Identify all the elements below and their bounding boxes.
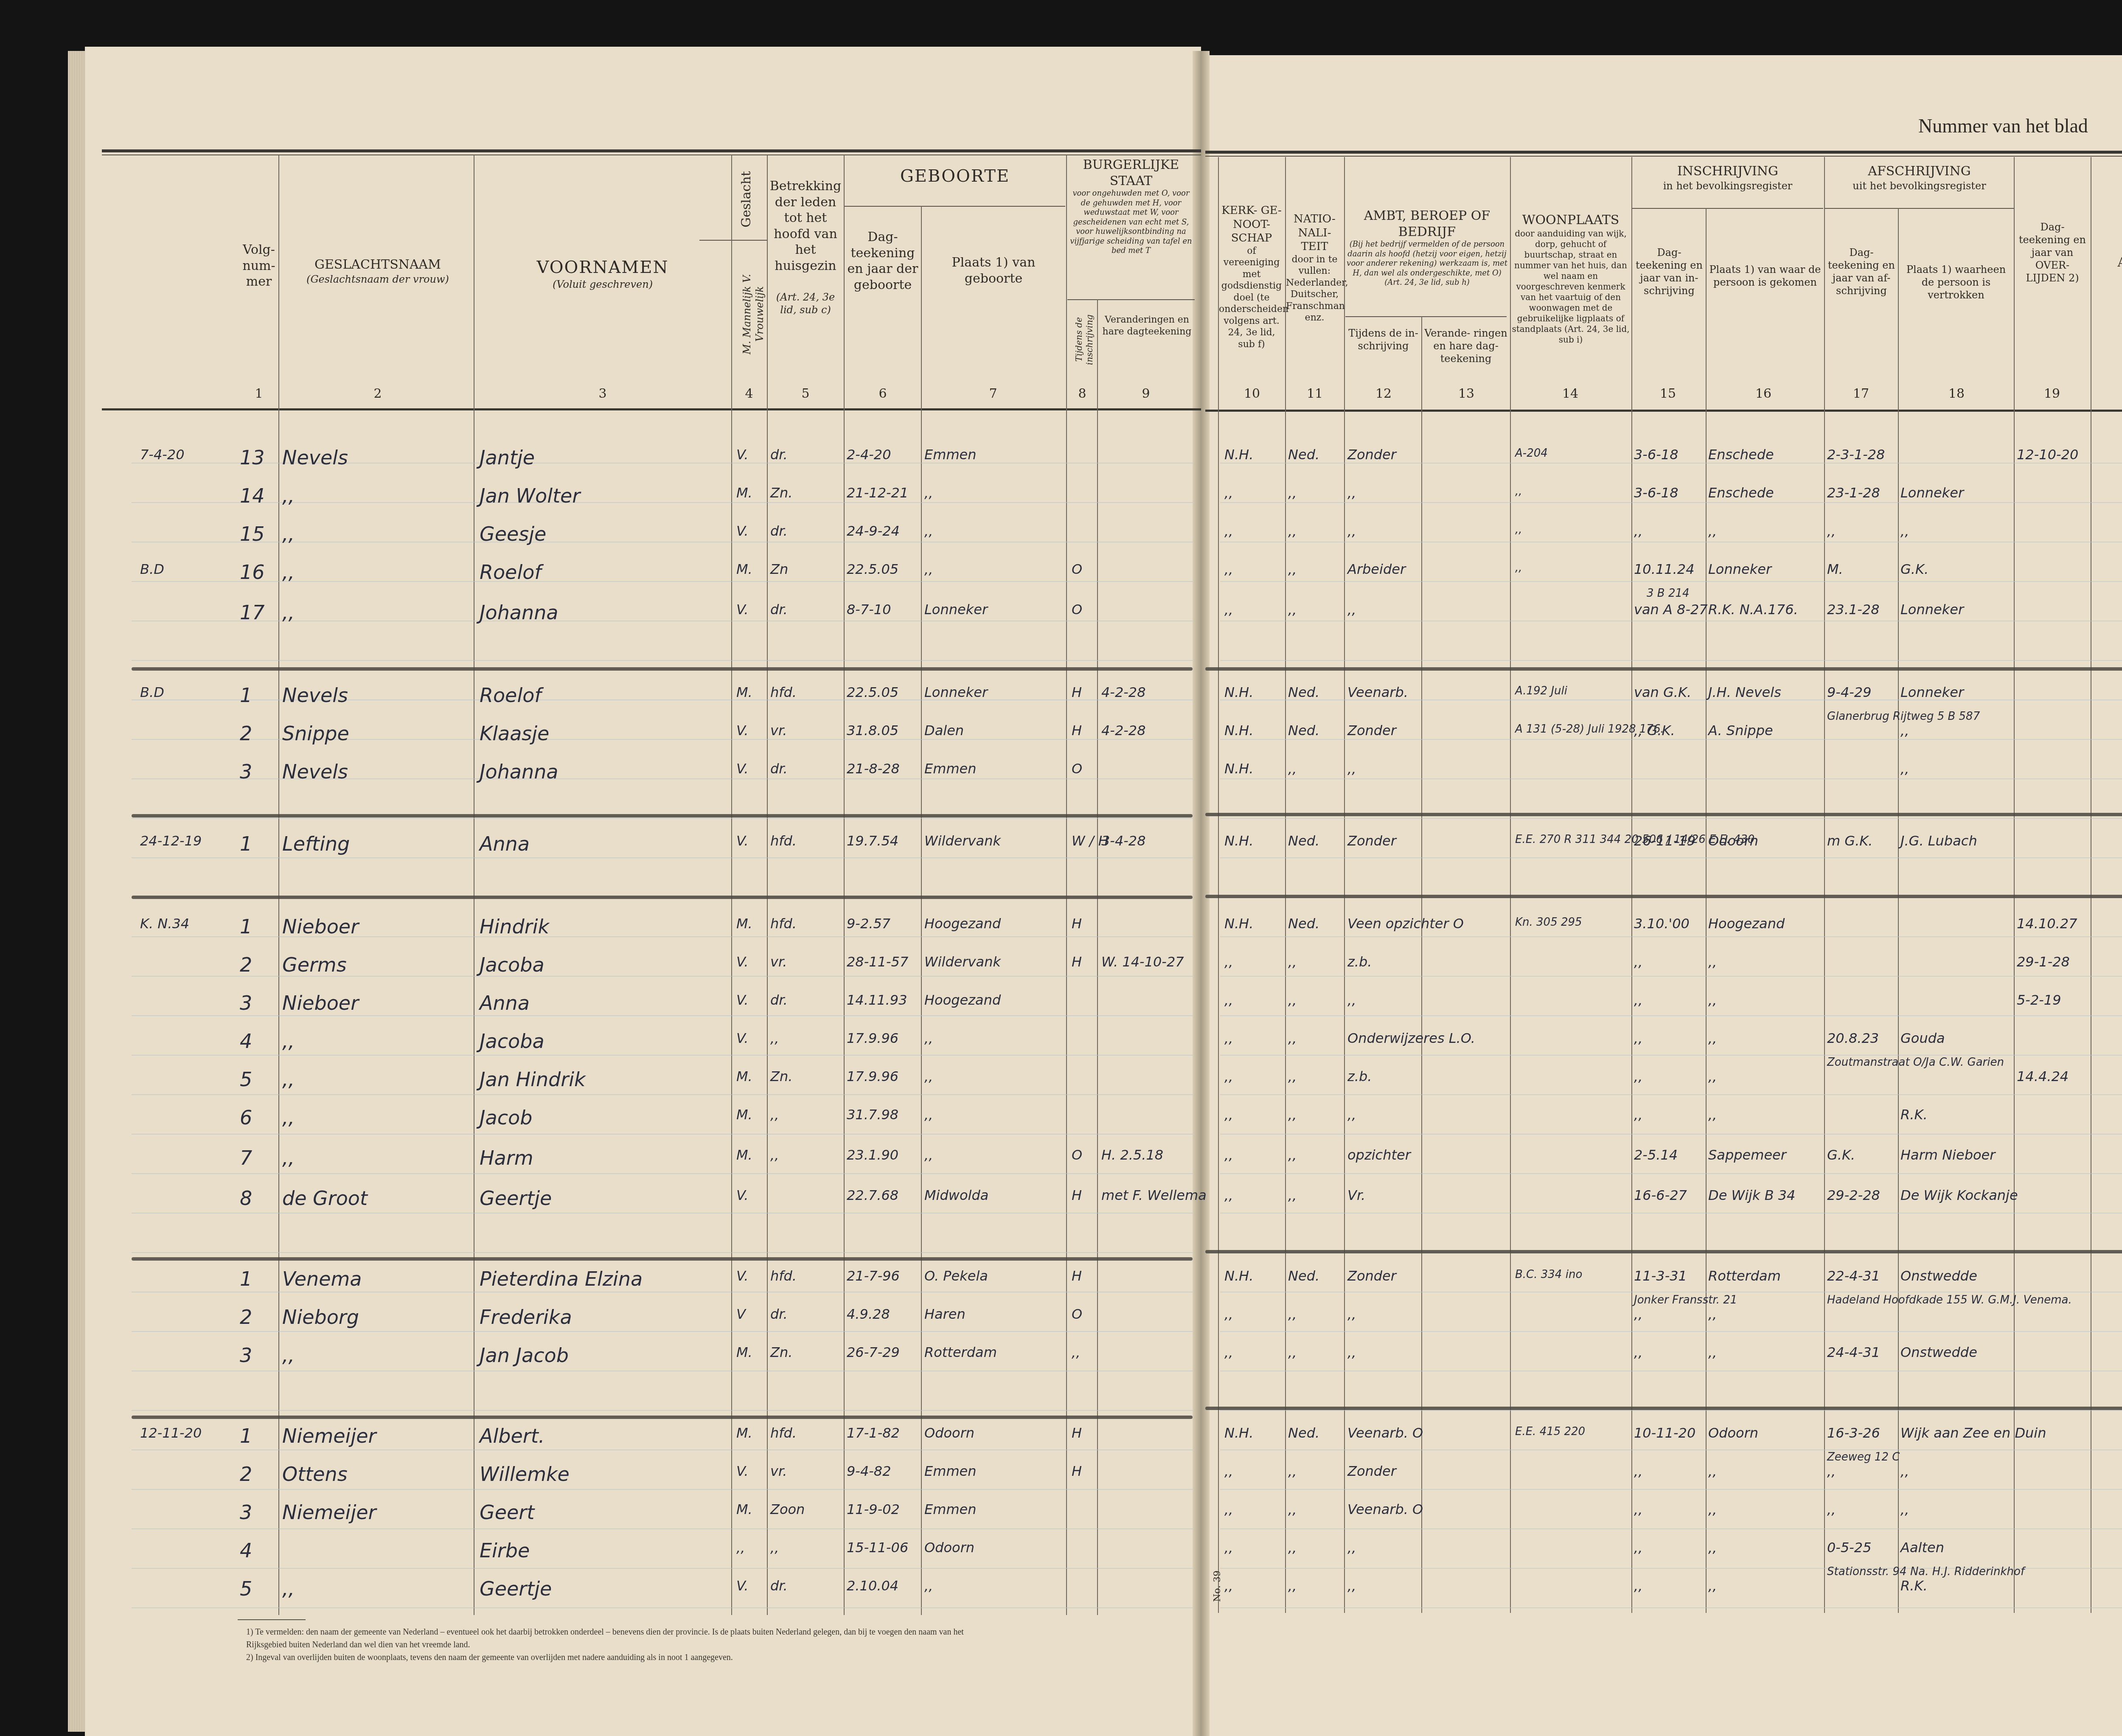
cell-rel: vr. — [770, 1464, 787, 1478]
cell-cs: H — [1072, 685, 1082, 699]
cell-out-date: 29-2-28 — [1827, 1188, 1880, 1202]
cell-given: Frederika — [480, 1307, 572, 1327]
cell-out-note: Glanerbrug Rijtweg 5 B 587 — [1827, 711, 1980, 722]
cell-sex: V. — [736, 834, 748, 848]
cell-given: Jan Wolter — [480, 486, 580, 506]
cell-cs: H — [1072, 917, 1082, 930]
cell-surname: Niemeijer — [282, 1426, 376, 1446]
cell-cs-change: 4-2-28 — [1101, 685, 1146, 699]
cell-out-date: 23-1-28 — [1827, 486, 1880, 500]
colnum: 6 — [870, 386, 895, 401]
household-separator — [132, 1257, 1193, 1261]
cell-surname: Nieboer — [282, 993, 359, 1013]
cell-in-from: ,, — [1708, 1307, 1717, 1321]
cell-out-date: ,, — [1827, 1464, 1836, 1478]
cell-nr: 17 — [240, 603, 265, 622]
cell-out-to: Lonneker — [1900, 603, 1964, 616]
cell-rel: Zn. — [770, 486, 792, 500]
cell-address: Kn. 305 295 — [1515, 917, 1582, 928]
cell-church: N.H. — [1224, 448, 1253, 461]
cell-in-from: Lonneker — [1708, 562, 1771, 576]
cell-in-date: van G.K. — [1634, 685, 1691, 699]
cell-given: Eirbe — [480, 1541, 530, 1560]
cell-in-from: ,, — [1708, 1108, 1717, 1121]
colnum: 17 — [1848, 386, 1874, 401]
cell-sex: M. — [736, 1503, 752, 1516]
ruled-line — [132, 818, 1193, 819]
header-col1: Volg- num- mer — [238, 242, 280, 290]
cell-out-date: ,, — [1827, 1503, 1836, 1516]
colnum: 13 — [1454, 386, 1479, 401]
cell-nat: ,, — [1288, 486, 1297, 500]
cell-church: ,, — [1224, 1108, 1233, 1121]
cell-surname: Nieborg — [282, 1307, 359, 1327]
cell-in-date: ,, — [1634, 1108, 1642, 1121]
ruled-line — [1220, 502, 2122, 503]
cell-bdate: 22.7.68 — [847, 1188, 898, 1202]
ruled-line — [132, 1213, 1193, 1214]
cell-occ: Zonder — [1347, 834, 1396, 848]
cell-bplace: Lonneker — [924, 603, 988, 616]
cell-nr: 2 — [240, 1307, 252, 1327]
ruled-line — [1220, 936, 2122, 937]
header-col4-sub: M. Mannelijk V. Vrouwelijk — [741, 250, 766, 378]
household-separator — [1205, 895, 2122, 898]
col-divider — [1631, 157, 1632, 1613]
cell-out-to: De Wijk Kockanje — [1900, 1188, 2018, 1202]
ruled-line — [132, 1607, 1193, 1608]
cell-in-date: ,, — [1634, 955, 1642, 969]
cell-nat: ,, — [1288, 1579, 1297, 1593]
cell-surname: Nevels — [282, 685, 348, 705]
cell-in-date: ,, — [1634, 1503, 1642, 1516]
cell-in-date: ,, — [1634, 1070, 1642, 1083]
cell-in-date: 2-5.14 — [1634, 1148, 1678, 1162]
col-divider — [2014, 157, 2015, 1613]
header-col5: Betrekking der leden tot het hoofd van h… — [769, 178, 842, 316]
cell-bdate: 14.11.93 — [847, 993, 907, 1007]
cell-church: ,, — [1224, 486, 1233, 500]
cell-given: Jan Jacob — [480, 1346, 569, 1365]
ruled-line — [132, 1173, 1193, 1174]
cell-given: Jacob — [480, 1108, 532, 1127]
cell-in-from: ,, — [1708, 993, 1717, 1007]
colnum: 5 — [793, 386, 818, 401]
cell-nat: Ned. — [1288, 685, 1319, 699]
cell-nr: 6 — [240, 1108, 252, 1127]
footnotes: 1) Te vermelden: den naam der gemeente v… — [246, 1626, 968, 1664]
cell-nat: ,, — [1288, 562, 1297, 576]
header-col17: Dag- teekening en jaar van af- schrijvin… — [1826, 246, 1897, 297]
cell-occ: Onderwijzeres L.O. — [1347, 1031, 1475, 1045]
footnote-2: 2) Ingeval van overlijden buiten de woon… — [246, 1651, 968, 1664]
cell-in-from: ,, — [1708, 524, 1717, 538]
household-separator — [1205, 1250, 2122, 1253]
cell-nr: 1 — [240, 834, 252, 854]
cell-in-from: ,, — [1708, 1031, 1717, 1045]
cell-nat: ,, — [1288, 762, 1297, 775]
cell-bplace: Dalen — [924, 724, 964, 737]
cell-out-to: ,, — [1900, 762, 1909, 775]
cell-in-from: ,, — [1708, 1579, 1717, 1593]
cell-bdate: 19.7.54 — [847, 834, 898, 848]
cell-rel: Zoon — [770, 1503, 805, 1516]
cell-bplace: Midwolda — [924, 1188, 988, 1202]
cell-occ: ,, — [1347, 762, 1356, 775]
cell-out-to: G.K. — [1900, 562, 1928, 576]
cell-in-from: Sappemeer — [1708, 1148, 1786, 1162]
cell-out-to: Lonneker — [1900, 685, 1964, 699]
cell-bplace: ,, — [924, 524, 933, 538]
header-col2: GESLACHTSNAAM(Geslachtsnaam der vrouw) — [282, 257, 473, 286]
cell-occ: Vr. — [1347, 1188, 1365, 1202]
cell-given: Harm — [480, 1148, 533, 1168]
cell-surname: Nevels — [282, 448, 348, 467]
cell-address: A-204 — [1515, 448, 1548, 459]
cell-occ: Veen opzichter O — [1347, 917, 1464, 930]
cell-out-date: 16-3-26 — [1827, 1426, 1880, 1440]
ruled-line — [1220, 1528, 2122, 1529]
header-top-rule-right — [1205, 151, 2122, 154]
cell-in-date: 16-6-27 — [1634, 1188, 1687, 1202]
cell-occ: Zonder — [1347, 1464, 1396, 1478]
cell-given: Geert — [480, 1503, 534, 1522]
ruled-line — [132, 1331, 1193, 1332]
cell-given: Klaasje — [480, 724, 549, 743]
cell-margin: K. N.34 — [140, 917, 189, 930]
cell-bdate: 22.5.05 — [847, 562, 898, 576]
cell-nat: ,, — [1288, 603, 1297, 616]
cell-church: ,, — [1224, 1148, 1233, 1162]
cell-sex: V. — [736, 724, 748, 737]
cell-bplace: ,, — [924, 1070, 933, 1083]
cell-nat: ,, — [1288, 1148, 1297, 1162]
cell-occ: ,, — [1347, 603, 1356, 616]
cell-church: N.H. — [1224, 724, 1253, 737]
header-top-rule-left-thin — [102, 154, 1201, 155]
cell-cs: O — [1072, 762, 1082, 775]
cell-sex: V. — [736, 603, 748, 616]
cell-church: ,, — [1224, 1464, 1233, 1478]
cell-rel: dr. — [770, 993, 788, 1007]
cell-out-to: Lonneker — [1900, 486, 1964, 500]
cell-out-date: 9-4-29 — [1827, 685, 1872, 699]
cell-bdate: 23.1.90 — [847, 1148, 898, 1162]
cell-bdate: 9-2.57 — [847, 917, 890, 930]
cell-given: Hindrik — [480, 917, 549, 936]
cell-cs: O — [1072, 1148, 1082, 1162]
cell-bdate: 31.7.98 — [847, 1108, 898, 1121]
cell-bdate: 28-11-57 — [847, 955, 908, 969]
ruled-line — [1220, 1015, 2122, 1016]
cell-rel: ,, — [770, 1031, 779, 1045]
cell-out-date: ,, — [1827, 524, 1836, 538]
cell-rel: hfd. — [770, 1269, 797, 1283]
cell-church: ,, — [1224, 1579, 1233, 1593]
cell-death: 29-1-28 — [2017, 955, 2070, 969]
cell-bdate: 17.9.96 — [847, 1031, 898, 1045]
margin-stamp: No. 39 — [1212, 1570, 1224, 1602]
cell-surname: ,, — [282, 1346, 295, 1365]
cell-in-date: 3-6-18 — [1634, 486, 1679, 500]
cell-death: 14.10.27 — [2017, 917, 2077, 930]
col-divider — [921, 206, 922, 1615]
cell-given: Albert. — [480, 1426, 545, 1446]
ruled-line — [132, 1094, 1193, 1095]
cell-bplace: ,, — [924, 1579, 933, 1593]
cell-in-from: Odoorn — [1708, 1426, 1758, 1440]
cell-bplace: Odoorn — [924, 1541, 974, 1554]
cell-sex: V. — [736, 1188, 748, 1202]
cell-bplace: Emmen — [924, 1503, 977, 1516]
colnum: 8 — [1069, 386, 1095, 401]
ruled-line — [132, 1568, 1193, 1569]
cell-sex: M. — [736, 562, 752, 576]
cell-bdate: 31.8.05 — [847, 724, 898, 737]
cell-nat: ,, — [1288, 1307, 1297, 1321]
cell-cs: O — [1072, 562, 1082, 576]
cell-bdate: 17.9.96 — [847, 1070, 898, 1083]
cell-out-to: ,, — [1900, 1464, 1909, 1478]
household-separator — [1205, 667, 2122, 671]
book-spine — [1193, 51, 1210, 1736]
ruled-line — [132, 660, 1193, 661]
header-col19: Dag- teekening en jaar van OVER- LIJDEN … — [2015, 221, 2090, 284]
cell-nr: 1 — [240, 1426, 252, 1446]
cell-out-to: Gouda — [1900, 1031, 1945, 1045]
cell-church: N.H. — [1224, 1269, 1253, 1283]
cell-occ: ,, — [1347, 1579, 1356, 1593]
cell-church: N.H. — [1224, 1426, 1253, 1440]
cell-bplace: Wildervank — [924, 834, 1001, 848]
cell-bplace: Hoogezand — [924, 917, 1001, 930]
ambt-subrule — [1345, 316, 1507, 317]
cell-cs-change: 4-2-28 — [1101, 724, 1146, 737]
cell-bplace: ,, — [924, 1031, 933, 1045]
ruled-line — [1220, 1449, 2122, 1450]
cell-in-date: 11-3-31 — [1634, 1269, 1687, 1283]
cell-nr: 14 — [240, 486, 265, 506]
cell-surname: ,, — [282, 1148, 295, 1168]
header-col11: NATIO- NALI- TEITdoor in te vullen: Nede… — [1286, 212, 1343, 324]
cell-out-to: ,, — [1900, 724, 1909, 737]
cell-rel: dr. — [770, 1307, 788, 1321]
colnum: 18 — [1944, 386, 1969, 401]
header-top-rule-right-thin — [1205, 156, 2122, 157]
cell-bdate: 26-7-29 — [847, 1346, 900, 1359]
cell-rel: vr. — [770, 724, 787, 737]
cell-rel: dr. — [770, 1579, 788, 1593]
cell-occ: ,, — [1347, 1307, 1356, 1321]
cell-sex: V. — [736, 1464, 748, 1478]
cell-out-date: M. — [1827, 562, 1843, 576]
cell-out-to: Harm Nieboer — [1900, 1148, 1995, 1162]
cell-surname: Germs — [282, 955, 347, 975]
cell-bdate: 15-11-06 — [847, 1541, 908, 1554]
household-separator — [132, 814, 1193, 817]
cell-in-from: R.K. N.A.176. — [1708, 603, 1798, 616]
cell-bdate: 4.9.28 — [847, 1307, 890, 1321]
cell-surname: ,, — [282, 486, 295, 506]
cell-rel: vr. — [770, 955, 787, 969]
col-divider — [1421, 316, 1422, 1613]
cell-in-date: 26-11-19 — [1634, 834, 1695, 848]
ruled-line — [1220, 778, 2122, 779]
cell-nat: Ned. — [1288, 724, 1319, 737]
cell-given: Roelof — [480, 685, 542, 705]
cell-death: 12-10-20 — [2017, 448, 2078, 461]
cell-sex: M. — [736, 1108, 752, 1121]
cell-in-from: De Wijk B 34 — [1708, 1188, 1795, 1202]
ruled-line — [132, 1489, 1193, 1490]
ruled-line — [1220, 581, 2122, 582]
geboorte-subrule — [845, 206, 1065, 207]
ruled-line — [132, 1410, 1193, 1411]
col-divider — [2091, 157, 2091, 1613]
cell-bdate: 11-9-02 — [847, 1503, 900, 1516]
cell-out-note: Zoutmanstraat O/Ja C.W. Garien — [1827, 1057, 2004, 1068]
cell-out-date: 24-4-31 — [1827, 1346, 1880, 1359]
cell-nat: ,, — [1288, 1070, 1297, 1083]
cell-bplace: Wildervank — [924, 955, 1001, 969]
cell-out-date: m G.K. — [1827, 834, 1872, 848]
cell-in-from: A. Snippe — [1708, 724, 1773, 737]
cell-cs: H — [1072, 1464, 1082, 1478]
header-col20: AAN- MERKINGEN(Art. 24, 5e lid) — [2092, 255, 2122, 284]
cell-given: Geesje — [480, 524, 546, 544]
cell-in-note: Jonker Fransstr. 21 — [1634, 1295, 1737, 1306]
cell-sex: ,, — [736, 1541, 745, 1554]
cell-rel: Zn — [770, 562, 788, 576]
cell-address: B.C. 334 ino — [1515, 1269, 1582, 1280]
cell-church: ,, — [1224, 524, 1233, 538]
cell-nat: ,, — [1288, 524, 1297, 538]
cell-occ: Arbeider — [1347, 562, 1406, 576]
cell-rel: dr. — [770, 448, 788, 461]
cell-sex: M. — [736, 1070, 752, 1083]
cell-in-from: J.H. Nevels — [1708, 685, 1781, 699]
cell-surname: Niemeijer — [282, 1503, 376, 1522]
cell-out-to: R.K. — [1900, 1579, 1928, 1593]
cell-rel: hfd. — [770, 685, 797, 699]
cell-bdate: 2.10.04 — [847, 1579, 898, 1593]
ruled-line — [1220, 818, 2122, 819]
header-col13: Verande- ringen en hare dag- teekening — [1423, 327, 1509, 365]
afschrijving-subrule — [1825, 208, 2014, 209]
geslacht-subrule — [699, 240, 767, 241]
cell-occ: ,, — [1347, 1108, 1356, 1121]
ruled-line — [1220, 739, 2122, 740]
header-col6: Dag- teekening en jaar der geboorte — [845, 229, 920, 293]
cell-bdate: 9-4-82 — [847, 1464, 891, 1478]
ruled-line — [132, 1015, 1193, 1016]
ruled-line — [132, 1055, 1193, 1056]
cell-church: N.H. — [1224, 917, 1253, 930]
cell-death: 14.4.24 — [2017, 1070, 2069, 1083]
cell-margin: B.D — [140, 562, 164, 576]
cell-sex: M. — [736, 917, 752, 930]
cell-bdate: 2-4-20 — [847, 448, 891, 461]
header-col14: WOONPLAATSdoor aanduiding van wijk, dorp… — [1511, 212, 1631, 345]
cell-rel: ,, — [770, 1108, 779, 1121]
cell-given: Jacoba — [480, 1031, 545, 1051]
cell-occ: Zonder — [1347, 724, 1396, 737]
cell-nat: Ned. — [1288, 1426, 1319, 1440]
ruled-line — [1220, 1292, 2122, 1292]
cell-out-to: J.G. Lubach — [1900, 834, 1977, 848]
col-divider — [1706, 208, 1707, 1613]
cell-nat: ,, — [1288, 1031, 1297, 1045]
col-divider — [1344, 157, 1345, 1613]
cell-given: Jacoba — [480, 955, 545, 975]
cell-in-from: ,, — [1708, 955, 1717, 969]
cell-in-from: Odoorn — [1708, 834, 1758, 848]
cell-rel: ,, — [770, 1148, 779, 1162]
header-afschrijving: AFSCHRIJVINGuit het bevolkingsregister — [1825, 163, 2014, 192]
cell-bdate: 21-12-21 — [847, 486, 908, 500]
cell-out-date: 0-5-25 — [1827, 1541, 1872, 1554]
header-geboorte: GEBOORTE — [845, 166, 1065, 187]
colnum: 7 — [980, 386, 1006, 401]
cell-address: ,, — [1515, 486, 1522, 497]
cell-in-date: ,, — [1634, 1579, 1642, 1593]
cell-nr: 2 — [240, 724, 252, 743]
cell-cs-change: met F. Wellema — [1101, 1188, 1207, 1202]
header-col18: Plaats 1) waarheen de persoon is vertrok… — [1899, 263, 2013, 301]
colnum: 12 — [1371, 386, 1396, 401]
header-inschrijving: INSCHRIJVINGin het bevolkingsregister — [1632, 163, 1823, 192]
cell-surname: ,, — [282, 603, 295, 622]
footnote-1: 1) Te vermelden: den naam der gemeente v… — [246, 1626, 968, 1651]
cell-occ: Veenarb. O — [1347, 1426, 1423, 1440]
cell-nat: ,, — [1288, 955, 1297, 969]
cell-cs-change: H. 2.5.18 — [1101, 1148, 1163, 1162]
household-separator — [132, 896, 1193, 899]
cell-out-date: 23.1-28 — [1827, 603, 1880, 616]
cell-bplace: ,, — [924, 1108, 933, 1121]
cell-nr: 1 — [240, 1269, 252, 1289]
ruled-line — [1220, 1213, 2122, 1214]
cell-nr: 7 — [240, 1148, 252, 1168]
ruled-line — [1220, 1371, 2122, 1371]
cell-given: Geertje — [480, 1188, 552, 1208]
cell-nr: 4 — [240, 1541, 252, 1560]
cell-in-date: 10.11.24 — [1634, 562, 1695, 576]
cell-rel: Zn. — [770, 1070, 792, 1083]
cell-sex: V. — [736, 1031, 748, 1045]
cell-nat: ,, — [1288, 1503, 1297, 1516]
cell-bdate: 21-8-28 — [847, 762, 900, 775]
cell-in-date: ,, — [1634, 1346, 1642, 1359]
cell-cs-change: W. 14-10-27 — [1101, 955, 1184, 969]
cell-out-note: Hadeland Hoofdkade 155 W. G.M.J. Venema. — [1827, 1295, 2072, 1306]
cell-nat: ,, — [1288, 1541, 1297, 1554]
cell-nr: 1 — [240, 685, 252, 705]
cell-surname: ,, — [282, 1108, 295, 1127]
cell-sex: V. — [736, 1269, 748, 1283]
cell-rel: Zn. — [770, 1346, 792, 1359]
ruled-line — [132, 1252, 1193, 1253]
cell-church: ,, — [1224, 562, 1233, 576]
cell-church: ,, — [1224, 1070, 1233, 1083]
cell-in-date: ,, — [1634, 1464, 1642, 1478]
cell-church: ,, — [1224, 1503, 1233, 1516]
cell-given: Willemke — [480, 1464, 570, 1484]
ruled-line — [1220, 542, 2122, 542]
cell-church: N.H. — [1224, 762, 1253, 775]
cell-address: E.E. 415 220 — [1515, 1426, 1585, 1437]
cell-nr: 5 — [240, 1070, 252, 1089]
